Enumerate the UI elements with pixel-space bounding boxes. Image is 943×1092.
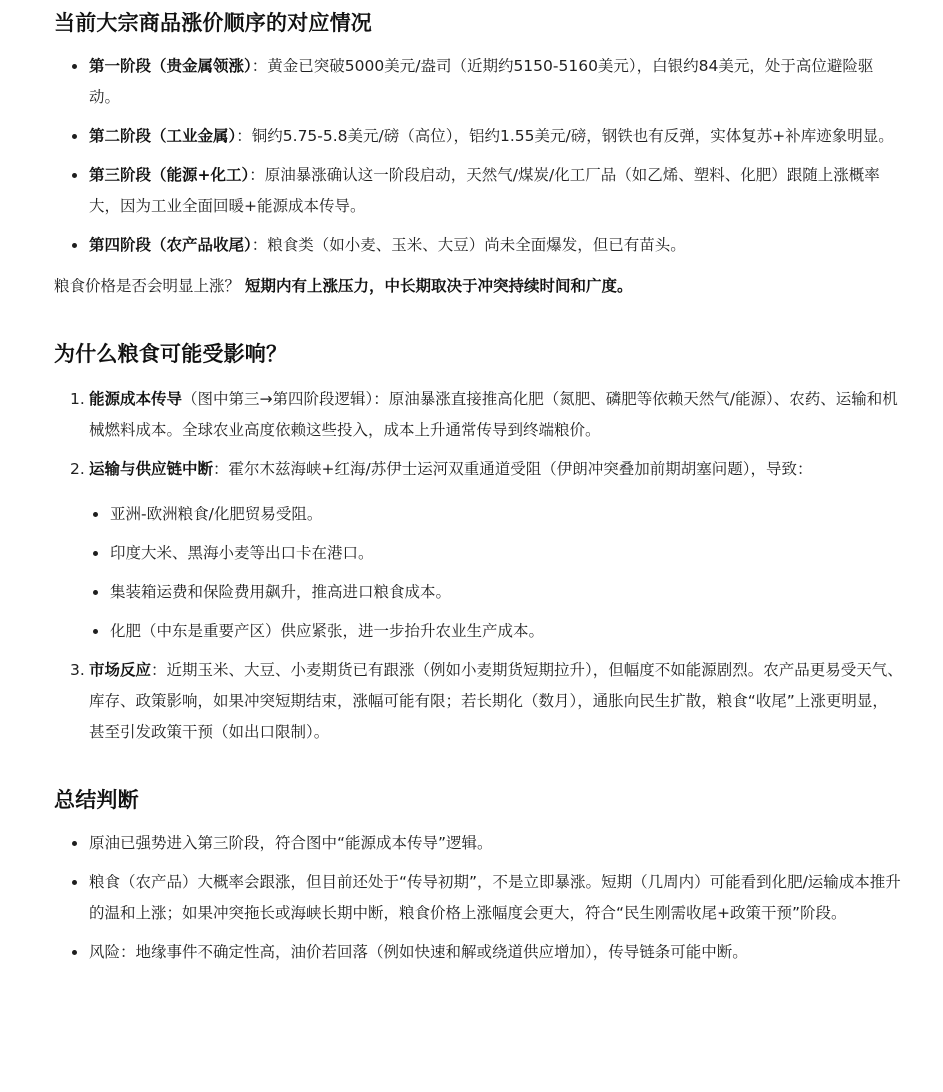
list-number: 3.: [70, 655, 85, 686]
stage-text: 铜约5.75-5.8美元/磅（高位），铝约1.55美元/磅，钢铁也有反弹，实体复…: [252, 127, 894, 145]
section-heading-summary: 总结判断: [54, 786, 903, 814]
stage-label: 第二阶段（工业金属）: [89, 127, 236, 145]
stage-label: 第一阶段（贵金属领涨）: [89, 57, 252, 75]
sublist-item: 印度大米、黑海小麦等出口卡在港口。: [110, 538, 903, 569]
reason-label: 运输与供应链中断: [89, 460, 213, 478]
list-item-stage-2: 第二阶段（工业金属）：铜约5.75-5.8美元/磅（高位），铝约1.55美元/磅…: [89, 121, 903, 152]
list-item-summary: 风险：地缘事件不确定性高，油价若回落（例如快速和解或绕道供应增加），传导链条可能…: [89, 937, 903, 968]
list-number: 2.: [70, 454, 85, 485]
separator: ：: [252, 57, 268, 75]
separator: ：: [213, 460, 229, 478]
reason-label: 能源成本传导: [89, 390, 182, 408]
supply-chain-sublist: 亚洲-欧洲粮食/化肥贸易受阻。 印度大米、黑海小麦等出口卡在港口。 集装箱运费和…: [89, 499, 903, 647]
stage-label: 第三阶段（能源+化工）: [89, 166, 249, 184]
separator: ：: [249, 166, 265, 184]
section-heading-commodity-order: 当前大宗商品涨价顺序的对应情况: [54, 0, 903, 37]
sublist-item: 亚洲-欧洲粮食/化肥贸易受阻。: [110, 499, 903, 530]
list-item-stage-4: 第四阶段（农产品收尾）：粮食类（如小麦、玉米、大豆）尚未全面爆发，但已有苗头。: [89, 230, 903, 261]
list-number: 1.: [70, 384, 85, 415]
list-item-stage-1: 第一阶段（贵金属领涨）：黄金已突破5000美元/盎司（近期约5150-5160美…: [89, 51, 903, 113]
list-item-reason-1: 1. 能源成本传导（图中第三→第四阶段逻辑）：原油暴涨直接推高化肥（氮肥、磷肥等…: [89, 384, 903, 446]
question-text: 粮食价格是否会明显上涨？: [54, 277, 240, 295]
stage-text: 粮食类（如小麦、玉米、大豆）尚未全面爆发，但已有苗头。: [267, 236, 686, 254]
reason-text: 近期玉米、大豆、小麦期货已有跟涨（例如小麦期货短期拉升），但幅度不如能源剧烈。农…: [89, 661, 903, 741]
list-item-stage-3: 第三阶段（能源+化工）：原油暴涨确认这一阶段启动，天然气/煤炭/化工厂品（如乙烯…: [89, 160, 903, 222]
summary-list: 原油已强势进入第三阶段，符合图中“能源成本传导”逻辑。 粮食（农产品）大概率会跟…: [54, 828, 903, 968]
grain-question-paragraph: 粮食价格是否会明显上涨？ 短期内有上涨压力，中长期取决于冲突持续时间和广度。: [54, 271, 903, 302]
reason-text: 霍尔木兹海峡+红海/苏伊士运河双重通道受阻（伊朗冲突叠加前期胡塞问题），导致：: [229, 460, 813, 478]
separator: ：: [236, 127, 252, 145]
answer-document: 当前大宗商品涨价顺序的对应情况 第一阶段（贵金属领涨）：黄金已突破5000美元/…: [0, 0, 943, 968]
sublist-item: 化肥（中东是重要产区）供应紧张，进一步抬升农业生产成本。: [110, 616, 903, 647]
list-item-reason-2: 2. 运输与供应链中断：霍尔木兹海峡+红海/苏伊士运河双重通道受阻（伊朗冲突叠加…: [89, 454, 903, 647]
list-item-reason-3: 3. 市场反应：近期玉米、大豆、小麦期货已有跟涨（例如小麦期货短期拉升），但幅度…: [89, 655, 903, 748]
sublist-item: 集装箱运费和保险费用飙升，推高进口粮食成本。: [110, 577, 903, 608]
reason-label: 市场反应: [89, 661, 151, 679]
reason-list: 1. 能源成本传导（图中第三→第四阶段逻辑）：原油暴涨直接推高化肥（氮肥、磷肥等…: [54, 384, 903, 748]
stage-list: 第一阶段（贵金属领涨）：黄金已突破5000美元/盎司（近期约5150-5160美…: [54, 51, 903, 261]
answer-text: 短期内有上涨压力，中长期取决于冲突持续时间和广度。: [245, 277, 633, 295]
section-heading-why-grain: 为什么粮食可能受影响？: [54, 340, 903, 368]
stage-label: 第四阶段（农产品收尾）: [89, 236, 252, 254]
separator: ：: [151, 661, 167, 679]
separator: ：: [252, 236, 268, 254]
list-item-summary: 粮食（农产品）大概率会跟涨，但目前还处于“传导初期”，不是立即暴涨。短期（几周内…: [89, 867, 903, 929]
reason-text: （图中第三→第四阶段逻辑）：原油暴涨直接推高化肥（氮肥、磷肥等依赖天然气/能源）…: [89, 390, 898, 439]
list-item-summary: 原油已强势进入第三阶段，符合图中“能源成本传导”逻辑。: [89, 828, 903, 859]
